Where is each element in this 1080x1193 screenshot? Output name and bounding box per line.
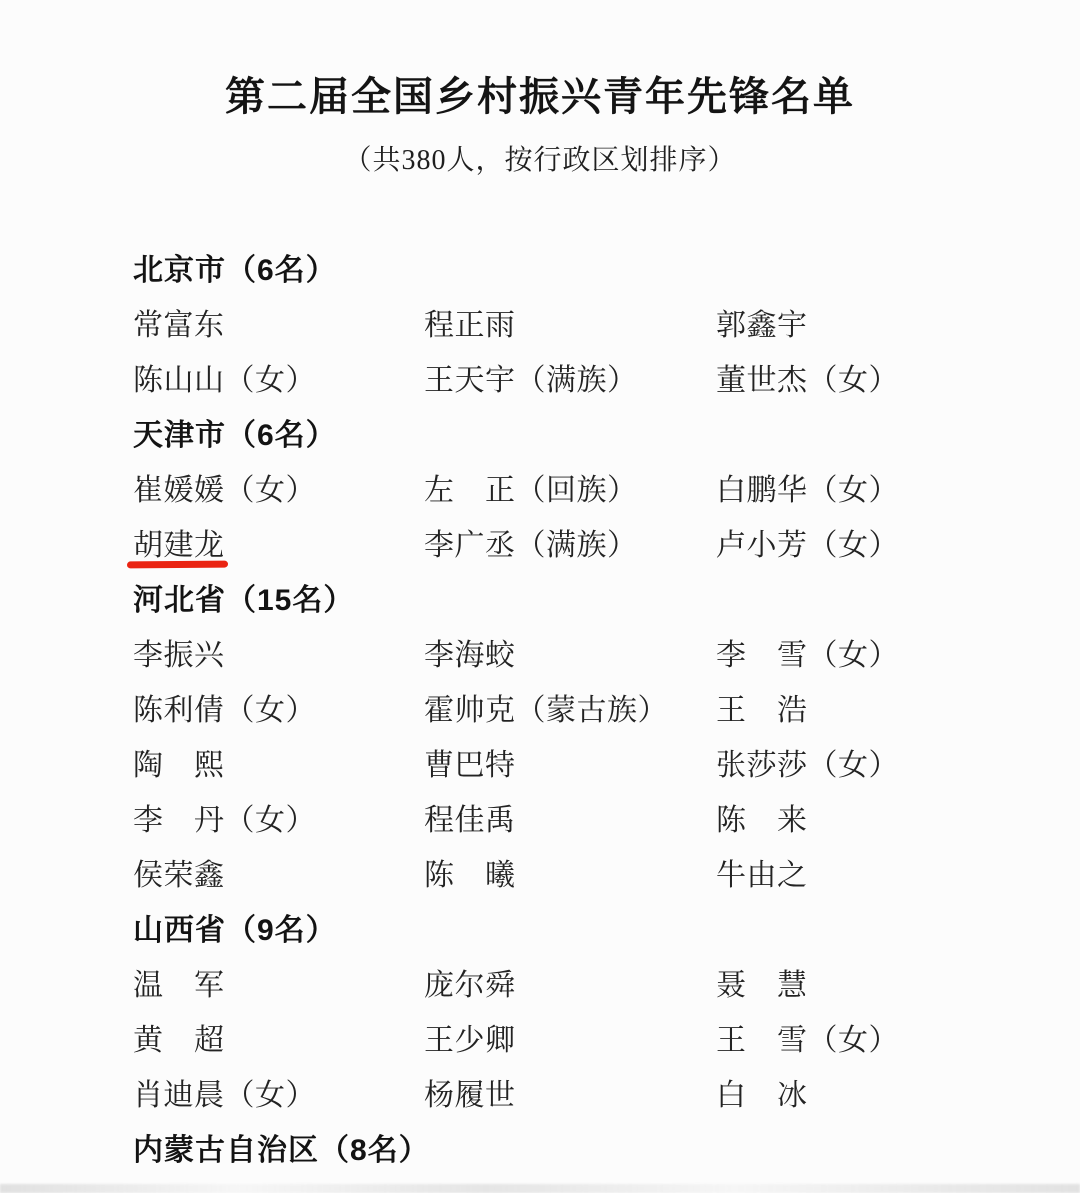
page-subtitle: （共380人，按行政区划排序）: [0, 145, 1080, 177]
name-row: 侯荣鑫陈 曦牛由之: [133, 848, 1030, 903]
name-cell: 李海蛟: [424, 628, 716, 683]
name-cell: 张莎莎（女）: [716, 738, 1030, 793]
name-cell: 王 浩: [716, 683, 1030, 738]
name-cell: 陶 熙: [133, 738, 424, 793]
name-cell: 温 军: [133, 958, 424, 1013]
name-row: 温 军庞尔舜聂 慧: [133, 958, 1030, 1013]
name-cell: 陈利倩（女）: [133, 683, 424, 738]
name-cell: 陈山山（女）: [133, 353, 424, 408]
name-cell: 王少卿: [424, 1013, 716, 1068]
name-cell: 卢小芳（女）: [716, 518, 1030, 573]
name-cell: 董世杰（女）: [716, 353, 1030, 408]
name-cell: 李 雪（女）: [716, 628, 1030, 683]
document-page: 第二届全国乡村振兴青年先锋名单 （共380人，按行政区划排序） 北京市（6名）常…: [0, 0, 1080, 1193]
section-header: 北京市（6名）: [133, 243, 1030, 298]
page-title: 第二届全国乡村振兴青年先锋名单: [0, 0, 1080, 120]
name-cell: 李广丞（满族）: [424, 518, 716, 573]
name-row: 肖迪晨（女）杨履世白 冰: [133, 1068, 1030, 1123]
scan-artifact-bottom: [0, 1184, 1080, 1193]
name-row: 陈山山（女）王天宇（满族）董世杰（女）: [133, 353, 1030, 408]
name-row: 李 丹（女）程佳禹陈 来: [133, 793, 1030, 848]
name-row: 胡建龙李广丞（满族）卢小芳（女）: [133, 518, 1030, 573]
section-header: 天津市（6名）: [133, 408, 1030, 463]
name-cell: 郭鑫宇: [716, 298, 1030, 353]
section-header: 内蒙古自治区（8名）: [133, 1123, 1030, 1178]
name-cell: 王天宇（满族）: [424, 353, 716, 408]
name-cell: 侯荣鑫: [133, 848, 424, 903]
red-underline-annotation: [127, 560, 228, 568]
section-header: 河北省（15名）: [133, 573, 1030, 628]
name-row: 黄 超王少卿王 雪（女）: [133, 1013, 1030, 1068]
name-cell: 程正雨: [424, 298, 716, 353]
name-row: 崔媛媛（女）左 正（回族）白鹏华（女）: [133, 463, 1030, 518]
name-cell: 陈 来: [716, 793, 1030, 848]
name-cell: 陈 曦: [424, 848, 716, 903]
name-cell: 胡建龙: [133, 518, 424, 573]
name-cell: 肖迪晨（女）: [133, 1068, 424, 1123]
name-cell: 牛由之: [716, 848, 1030, 903]
name-cell: 聂 慧: [716, 958, 1030, 1013]
name-cell: 崔媛媛（女）: [133, 463, 424, 518]
section-header: 山西省（9名）: [133, 903, 1030, 958]
name-cell: 白 冰: [716, 1068, 1030, 1123]
name-row: 常富东程正雨郭鑫宇: [133, 298, 1030, 353]
name-cell: 常富东: [133, 298, 424, 353]
name-cell: 曹巴特: [424, 738, 716, 793]
name-row: 陶 熙曹巴特张莎莎（女）: [133, 738, 1030, 793]
name-cell: 程佳禹: [424, 793, 716, 848]
name-row: 陈利倩（女）霍帅克（蒙古族）王 浩: [133, 683, 1030, 738]
name-row: 李振兴李海蛟李 雪（女）: [133, 628, 1030, 683]
name-cell: 王 雪（女）: [716, 1013, 1030, 1068]
name-cell: 白鹏华（女）: [716, 463, 1030, 518]
name-cell: 左 正（回族）: [424, 463, 716, 518]
name-cell: 李 丹（女）: [133, 793, 424, 848]
name-cell: 霍帅克（蒙古族）: [424, 683, 716, 738]
name-cell: 李振兴: [133, 628, 424, 683]
name-cell: 黄 超: [133, 1013, 424, 1068]
name-list: 北京市（6名）常富东程正雨郭鑫宇陈山山（女）王天宇（满族）董世杰（女）天津市（6…: [0, 243, 1080, 1178]
name-cell: 庞尔舜: [424, 958, 716, 1013]
name-cell: 杨履世: [424, 1068, 716, 1123]
